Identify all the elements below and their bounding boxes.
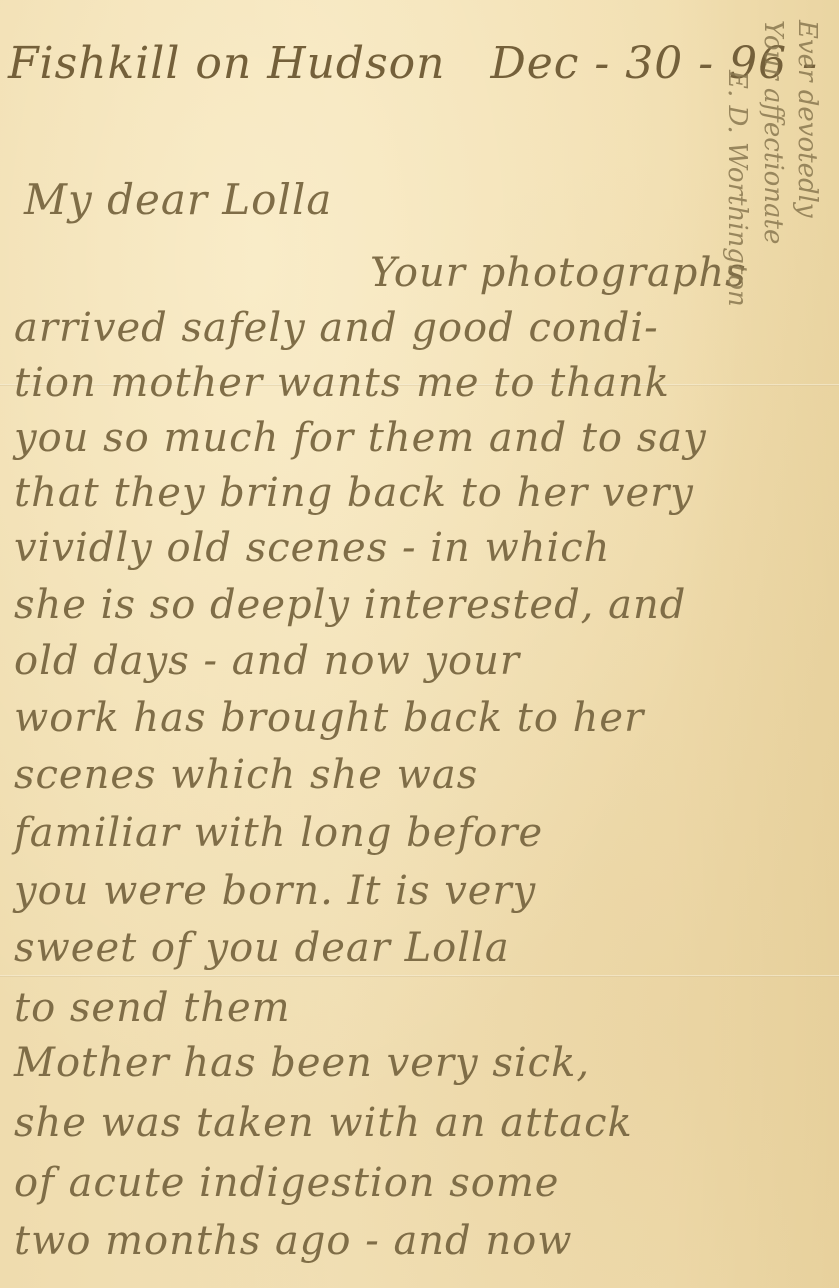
salutation: My dear Lolla <box>24 175 332 224</box>
letter-line: of acute indigestion some <box>14 1160 559 1206</box>
margin-note-signature: E. D. Worthington <box>722 70 752 307</box>
letter-line: Your photographs <box>370 250 747 296</box>
letter-line: old days - and now your <box>14 638 520 684</box>
letter-line: you so much for them and to say <box>14 415 707 461</box>
letter-page: Fishkill on Hudson Dec - 30 - 96 - My de… <box>0 0 839 1288</box>
letter-line: tion mother wants me to thank <box>14 360 670 406</box>
header-place: Fishkill on Hudson <box>8 38 445 89</box>
letter-line: you were born. It is very <box>14 868 536 914</box>
letter-header: Fishkill on Hudson Dec - 30 - 96 - <box>8 38 818 89</box>
letter-line: familiar with long before <box>14 810 543 856</box>
paper-fold-line <box>0 975 839 977</box>
letter-line: two months ago - and now <box>14 1218 572 1264</box>
margin-note-closing: Your affectionate <box>758 20 788 244</box>
letter-line: work has brought back to her <box>14 695 644 741</box>
letter-line: vividly old scenes - in which <box>14 525 610 571</box>
letter-line: Mother has been very sick, <box>14 1040 590 1086</box>
letter-line: she is so deeply interested, and <box>14 582 686 628</box>
letter-line: scenes which she was <box>14 752 478 798</box>
letter-line: arrived safely and good condi- <box>14 305 659 351</box>
margin-note-closing: Ever devotedly <box>792 20 822 218</box>
letter-line: that they bring back to her very <box>14 470 694 516</box>
letter-line: sweet of you dear Lolla <box>14 925 510 971</box>
letter-line: she was taken with an attack <box>14 1100 633 1146</box>
letter-line: to send them <box>14 985 291 1031</box>
